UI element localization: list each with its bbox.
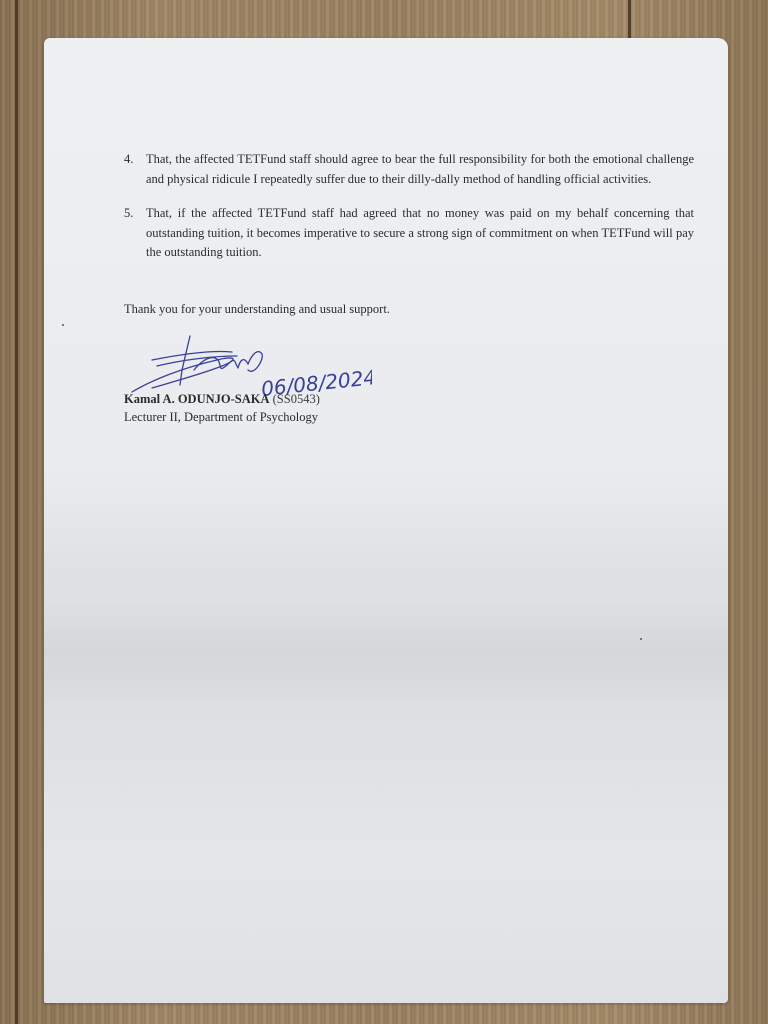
- item-number: 4.: [124, 150, 146, 189]
- letter-page: 4. That, the affected TETFund staff shou…: [44, 38, 728, 1003]
- letter-body: 4. That, the affected TETFund staff shou…: [124, 150, 694, 278]
- list-item: 4. That, the affected TETFund staff shou…: [124, 150, 694, 189]
- item-text: That, if the affected TETFund staff had …: [146, 204, 694, 263]
- stray-mark: [640, 638, 642, 640]
- signature-block: 06/08/2024 Kamal A. ODUNJO-SAKA (SS0543)…: [124, 334, 694, 416]
- letter-closing-block: Thank you for your understanding and usu…: [124, 296, 694, 416]
- wood-seam-left: [15, 0, 18, 1024]
- item-text: That, the affected TETFund staff should …: [146, 150, 694, 189]
- closing-line: Thank you for your understanding and usu…: [124, 300, 694, 320]
- item-number: 5.: [124, 204, 146, 263]
- paper-shadow: [44, 598, 728, 708]
- stray-mark: [62, 324, 64, 326]
- signatory-name: Kamal A. ODUNJO-SAKA: [124, 392, 270, 406]
- signatory-name-line: Kamal A. ODUNJO-SAKA (SS0543): [124, 390, 320, 410]
- list-item: 5. That, if the affected TETFund staff h…: [124, 204, 694, 263]
- wood-seam-right: [628, 0, 631, 40]
- signatory-title: Lecturer II, Department of Psychology: [124, 408, 318, 428]
- staff-id: (SS0543): [273, 392, 320, 406]
